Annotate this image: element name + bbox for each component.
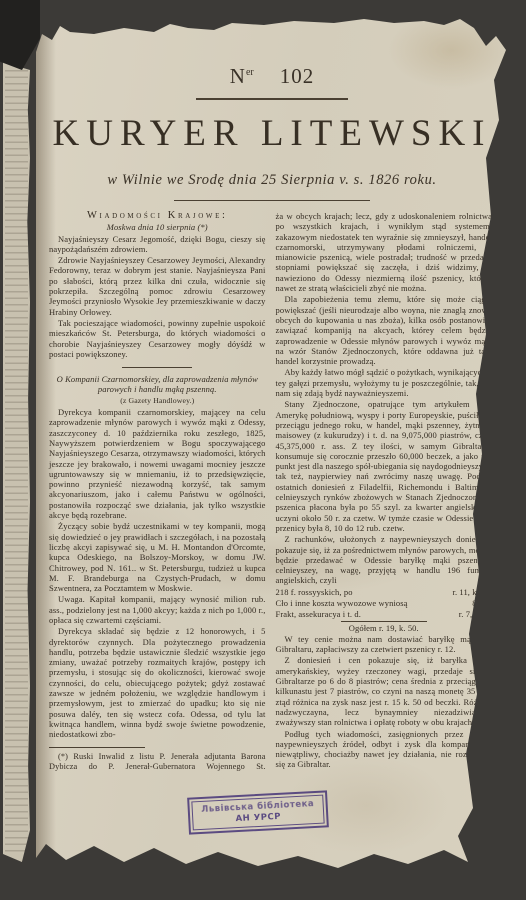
- text-columns: Wiadomości Krajowe: Moskwa dnia 10 sierp…: [36, 207, 508, 771]
- price-label: Frakt, assekuracya i t. d.: [276, 609, 361, 619]
- masthead: Ner102 KURYER LITEWSKI w Wilnie we Srodę…: [36, 16, 508, 201]
- body-paragraph: Dla zapobieżenia temu złemu, które się m…: [276, 294, 493, 366]
- total-line: Ogółem r. 19, k. 50.: [276, 623, 493, 633]
- body-paragraph: Z doniesień i cen pokazuje się, iż barył…: [276, 655, 493, 727]
- moscow-dateline: Moskwa dnia 10 sierpnia (*): [49, 222, 266, 232]
- paper-sheet: Ner102 KURYER LITEWSKI w Wilnie we Srodę…: [36, 16, 508, 874]
- price-line: Cło i inne koszta wywozowe wyniosą 85. k…: [276, 598, 493, 608]
- previous-page-shadow: [0, 0, 40, 70]
- body-paragraph: Dyrekcya składać się będzie z 12 honorow…: [49, 626, 266, 739]
- body-paragraph: Podług tych wiadomości, zasięgnionych pr…: [276, 729, 493, 770]
- body-paragraph: Aby każdy łatwo mógł sądzić o pożytkach,…: [276, 367, 493, 398]
- price-line: 218 f. rossyyskich, po r. 11, k. 25.: [276, 587, 493, 597]
- page-background: { "page": { "background_color": "#3c3a37…: [0, 0, 526, 900]
- right-column: ża w obcych krajach; lecz, gdy z udoskon…: [276, 211, 493, 771]
- body-paragraph: Stany Zjednoczone, opatrujące tym artyku…: [276, 399, 493, 533]
- issue-superscript: er: [246, 67, 254, 78]
- body-paragraph: Zdrowie Nayjaśnieyszey Cesarzowey Jeymoś…: [49, 255, 266, 317]
- price-amount: r. 7, k. 40: [459, 609, 492, 619]
- footnote-rule: [49, 747, 145, 748]
- body-paragraph: Tak pocieszające wiadomości, powinny zup…: [49, 318, 266, 359]
- library-stamp: Львівська бібліотека АН УРСР: [187, 790, 329, 834]
- body-paragraph: Dyrekcya kompanii czarnomorskiey, mające…: [49, 407, 266, 520]
- article-source: (z Gazety Handlowey.): [49, 396, 266, 406]
- previous-page-text-sliver: [3, 62, 30, 862]
- price-label: 218 f. rossyyskich, po: [276, 587, 353, 597]
- body-paragraph: Nayjaśnieyszy Cesarz Jegomość, dzięki Bo…: [49, 234, 266, 255]
- section-header: Wiadomości Krajowe:: [49, 211, 266, 221]
- masthead-rule-bottom: [174, 200, 370, 201]
- price-amount: 85. k.: [472, 598, 492, 608]
- price-line: Frakt, assekuracya i t. d. r. 7, k. 40: [276, 609, 493, 619]
- body-paragraph: ża w obcych krajach; lecz, gdy z udoskon…: [276, 211, 493, 293]
- issue-number-value: 102: [280, 64, 315, 88]
- total-rule: [341, 621, 427, 622]
- body-paragraph: W tey cenie można nam dostawiać baryłkę …: [276, 634, 493, 655]
- newspaper-title: KURYER LITEWSKI: [36, 112, 508, 155]
- section-divider: [122, 367, 192, 368]
- footnote: (*) Ruski Inwalid z listu P. Jenerała ad…: [49, 752, 266, 771]
- price-label: Cło i inne koszta wywozowe wyniosą: [276, 598, 408, 608]
- previous-page-edge: [0, 0, 40, 900]
- library-stamp-text: Львівська бібліотека АН УРСР: [191, 795, 324, 831]
- footnote-block: (*) Ruski Inwalid z listu P. Jenerała ad…: [49, 741, 266, 771]
- left-column: Wiadomości Krajowe: Moskwa dnia 10 sierp…: [49, 211, 266, 771]
- price-amount: r. 11, k. 25.: [453, 587, 492, 597]
- masthead-dateline: w Wilnie we Srodę dnia 25 Sierpnia v. s.…: [36, 172, 508, 189]
- article-heading: O Kompanii Czarnomorskiey, dla zaprowadz…: [49, 374, 266, 395]
- masthead-rule-top: [196, 98, 348, 100]
- issue-number: Ner102: [36, 64, 508, 89]
- body-paragraph: Z rachunków, ułożonych z naypewnieyszych…: [276, 534, 493, 585]
- body-paragraph: Życzący sobie bydź uczestnikami w tey ko…: [49, 521, 266, 593]
- body-paragraph: Uwaga. Kapitał kompanii, mający wynosić …: [49, 594, 266, 625]
- issue-prefix: N: [230, 64, 246, 88]
